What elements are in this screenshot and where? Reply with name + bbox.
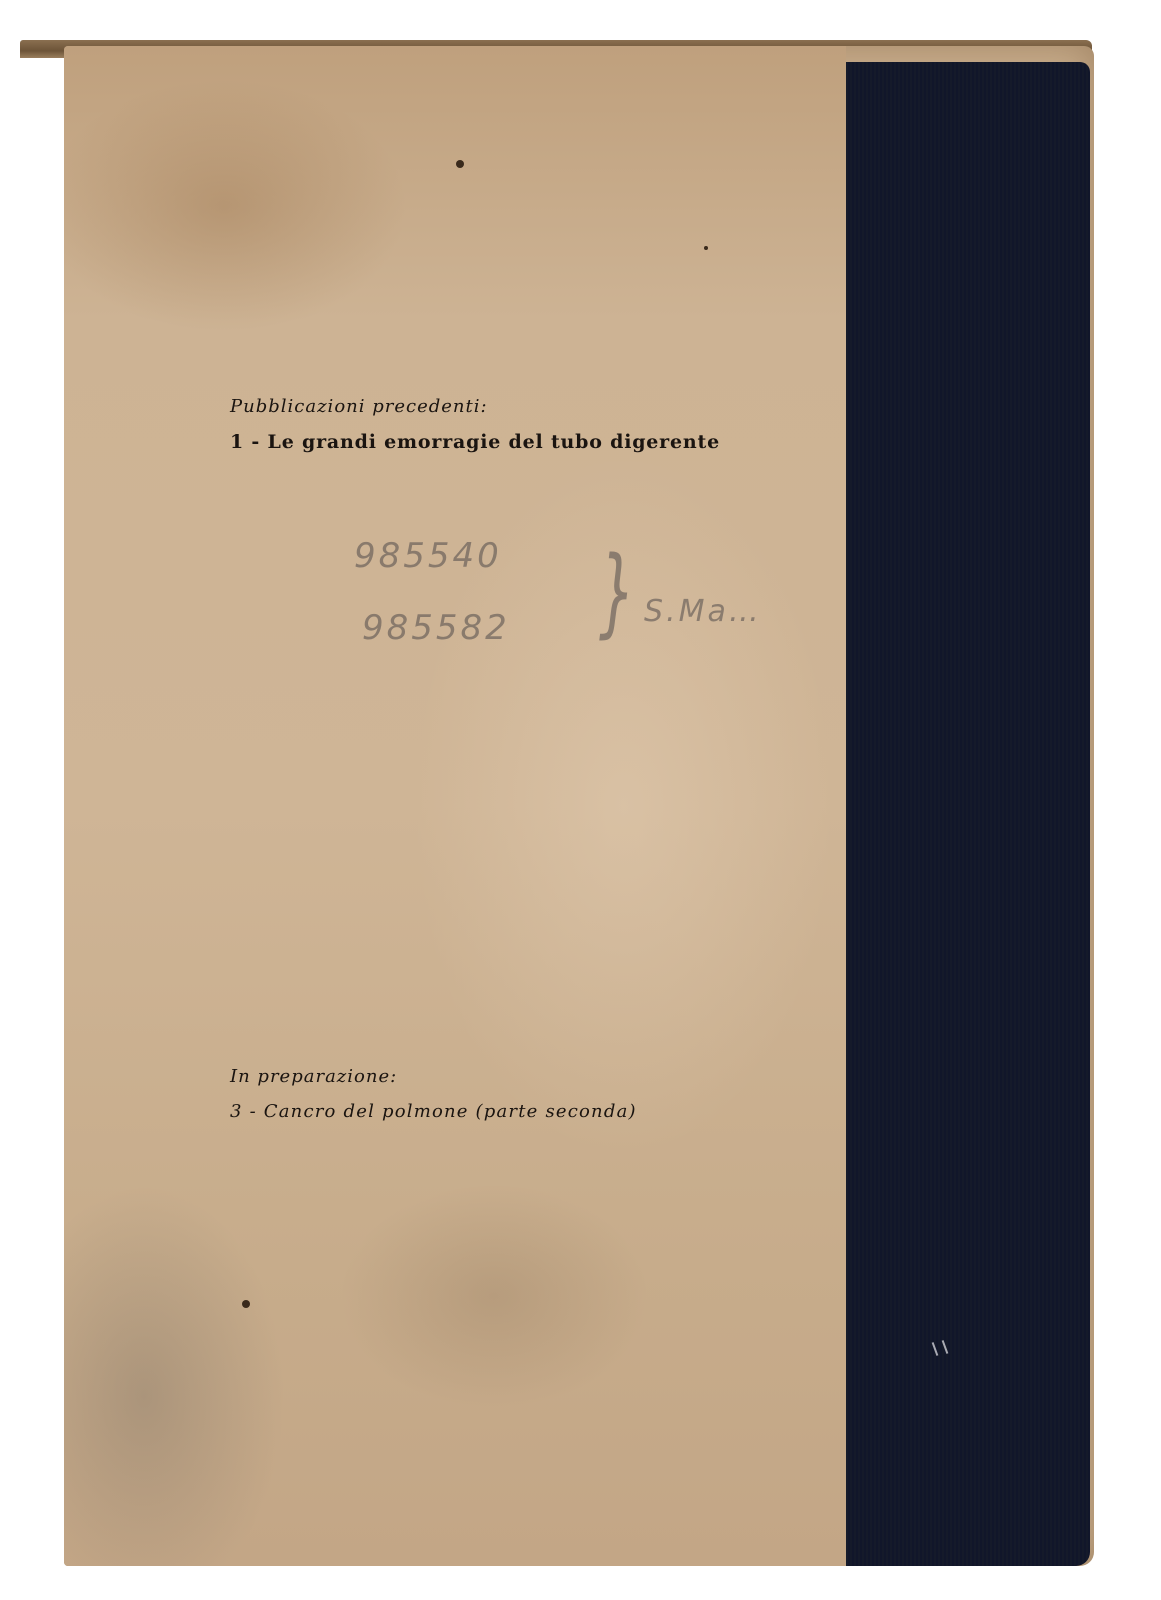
stain-spot xyxy=(456,160,464,168)
book-back-cover: Pubblicazioni precedenti: 1 - Le grandi … xyxy=(64,46,1094,1566)
previous-publication-item: 1 - Le grandi emorragie del tubo digeren… xyxy=(230,431,720,453)
scratch-mark xyxy=(942,1340,949,1354)
handwritten-annotation: S.Ma… xyxy=(644,594,762,629)
in-preparation-heading: In preparazione: xyxy=(230,1066,637,1087)
stain-spot xyxy=(704,246,708,250)
previous-publications-heading: Pubblicazioni precedenti: xyxy=(230,396,720,417)
handwritten-pencil-note: 985540 985582 } S.Ma… xyxy=(354,536,814,686)
stain-spot xyxy=(242,1300,250,1308)
handwritten-number-2: 985582 xyxy=(362,608,510,648)
scratch-mark xyxy=(932,1342,939,1356)
previous-publications-section: Pubblicazioni precedenti: 1 - Le grandi … xyxy=(230,396,720,453)
paper-area: Pubblicazioni precedenti: 1 - Le grandi … xyxy=(64,46,846,1566)
in-preparation-section: In preparazione: 3 - Cancro del polmone … xyxy=(230,1066,637,1122)
navy-spine-band xyxy=(846,62,1090,1566)
handwritten-number-1: 985540 xyxy=(354,536,502,576)
handwritten-brace: } xyxy=(599,544,637,640)
in-preparation-item: 3 - Cancro del polmone (parte seconda) xyxy=(230,1101,637,1122)
